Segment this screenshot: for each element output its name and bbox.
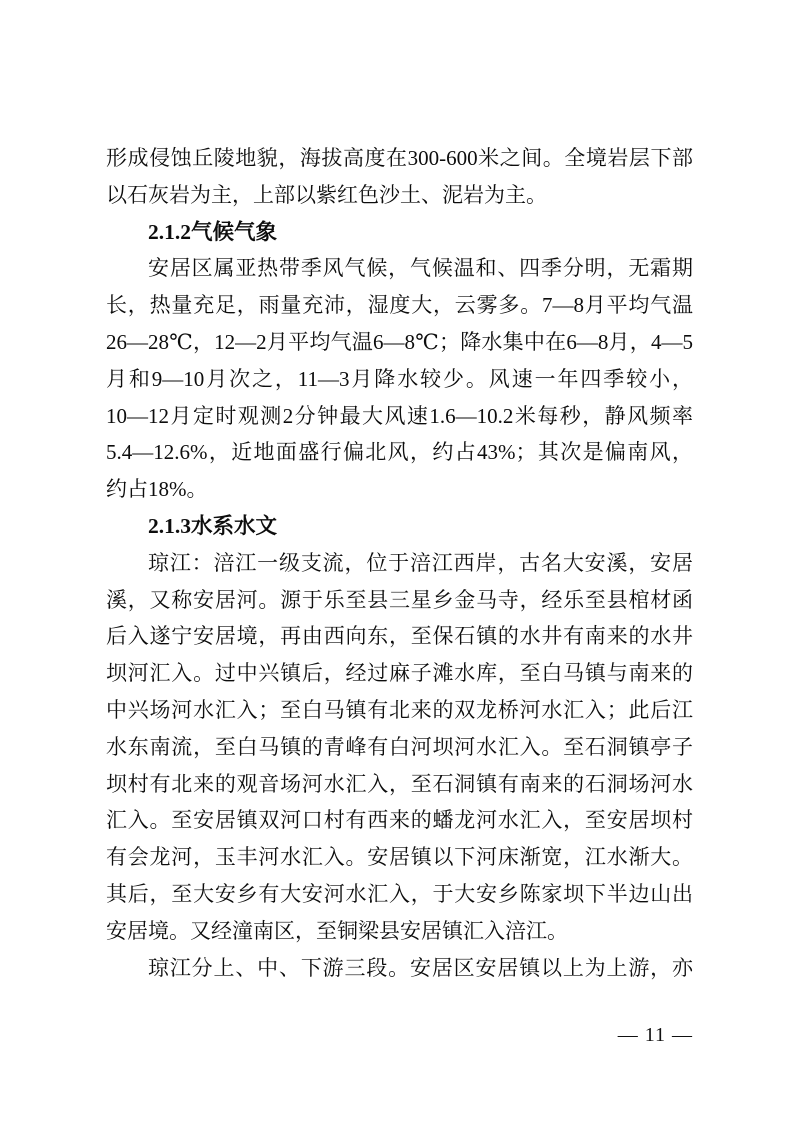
body-line: 坝河汇入。过中兴镇后，经过麻子滩水库，至白马镇与南来的 (106, 655, 693, 692)
body-line: 有会龙河，玉丰河水汇入。安居镇以下河床渐宽，江水渐大。 (106, 839, 693, 876)
body-line: 安居区属亚热带季风气候，气候温和、四季分明，无霜期 (106, 250, 693, 287)
body-line: 中兴场河水汇入；至白马镇有北来的双龙桥河水汇入；此后江 (106, 692, 693, 729)
body-line: 5.4—12.6%，近地面盛行偏北风，约占43%；其次是偏南风， (106, 434, 693, 471)
page-footer: — 11 — (106, 1024, 693, 1047)
body-line: 安居境。又经潼南区，至铜梁县安居镇汇入涪江。 (106, 913, 693, 950)
body-line: 后入遂宁安居境，再由西向东，至保石镇的水井有南来的水井 (106, 618, 693, 655)
body-line: 形成侵蚀丘陵地貌，海拔高度在300-600米之间。全境岩层下部 (106, 140, 693, 177)
body-line: 10—12月定时观测2分钟最大风速1.6—10.2米每秒，静风频率 (106, 398, 693, 435)
document-body: 形成侵蚀丘陵地貌，海拔高度在300-600米之间。全境岩层下部 以石灰岩为主，上… (106, 140, 693, 986)
body-line: 琼江：涪江一级支流，位于涪江西岸，古名大安溪，安居 (106, 545, 693, 582)
body-line: 汇入。至安居镇双河口村有西来的蟠龙河水汇入，至安居坝村 (106, 802, 693, 839)
paragraph-qiongjiang-river: 琼江：涪江一级支流，位于涪江西岸，古名大安溪，安居 溪，又称安居河。源于乐至县三… (106, 545, 693, 950)
section-heading-climate: 2.1.2气候气象 (106, 214, 693, 251)
page-number: — 11 — (618, 1024, 693, 1046)
paragraph-geology: 形成侵蚀丘陵地貌，海拔高度在300-600米之间。全境岩层下部 以石灰岩为主，上… (106, 140, 693, 214)
body-line: 溪，又称安居河。源于乐至县三星乡金马寺，经乐至县棺材函 (106, 582, 693, 619)
body-line: 月和9—10月次之，11—3月降水较少。风速一年四季较小， (106, 361, 693, 398)
paragraph-climate: 安居区属亚热带季风气候，气候温和、四季分明，无霜期 长，热量充足，雨量充沛，湿度… (106, 250, 693, 508)
section-heading-hydrology: 2.1.3水系水文 (106, 508, 693, 545)
document-page: 形成侵蚀丘陵地貌，海拔高度在300-600米之间。全境岩层下部 以石灰岩为主，上… (0, 0, 793, 1122)
body-line: 约占18%。 (106, 471, 693, 508)
body-line: 长，热量充足，雨量充沛，湿度大，云雾多。7—8月平均气温 (106, 287, 693, 324)
body-line: 以石灰岩为主，上部以紫红色沙土、泥岩为主。 (106, 177, 693, 214)
paragraph-river-segments: 琼江分上、中、下游三段。安居区安居镇以上为上游，亦 (106, 950, 693, 987)
body-line: 水东南流，至白马镇的青峰有白河坝河水汇入。至石洞镇亭子 (106, 729, 693, 766)
body-line: 其后，至大安乡有大安河水汇入，于大安乡陈家坝下半边山出 (106, 876, 693, 913)
body-line: 琼江分上、中、下游三段。安居区安居镇以上为上游，亦 (106, 950, 693, 987)
body-line: 坝村有北来的观音场河水汇入，至石洞镇有南来的石洞场河水 (106, 766, 693, 803)
body-line: 26—28℃，12—2月平均气温6—8℃；降水集中在6—8月，4—5 (106, 324, 693, 361)
